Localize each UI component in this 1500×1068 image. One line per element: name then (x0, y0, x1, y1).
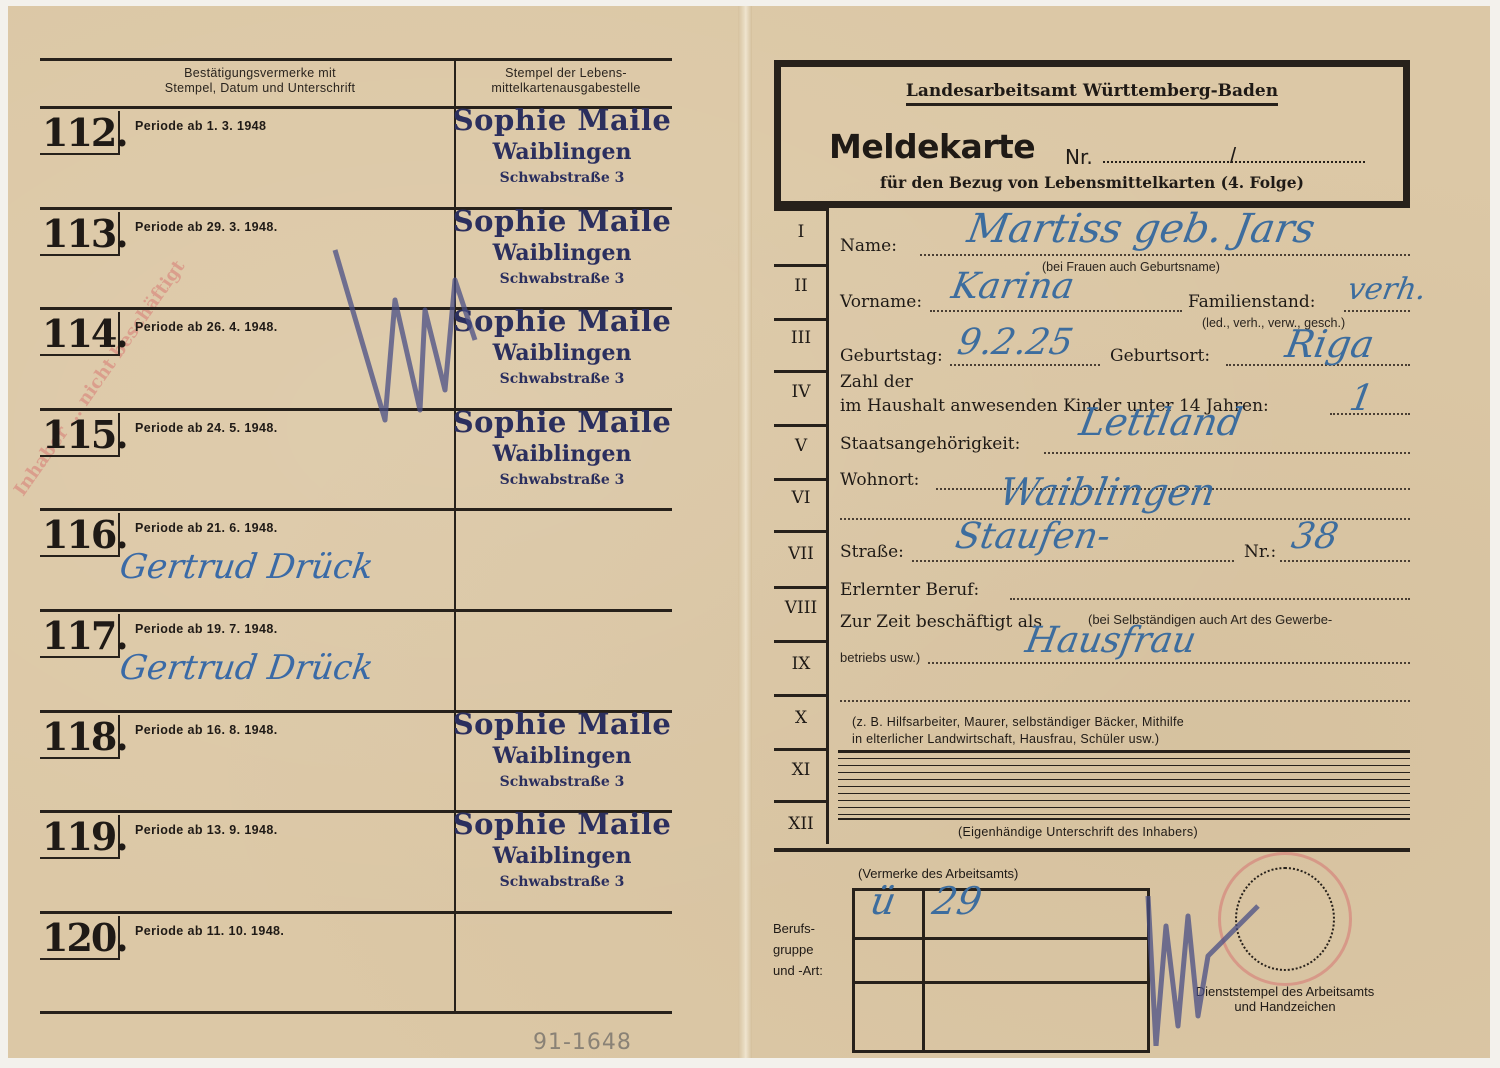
stamp-line-1: Sophie Maile (442, 707, 682, 741)
roman-rule (774, 264, 826, 267)
header-confirmation: Bestätigungsvermerke mit Stempel, Datum … (100, 66, 420, 96)
roman-rule (774, 370, 826, 373)
hausnummer-value: 38 (1288, 516, 1341, 557)
period-number: 114. (40, 312, 120, 356)
period-date: Periode ab 24. 5. 1948. (135, 421, 278, 435)
period-number: 117. (40, 614, 120, 658)
roman-rule (774, 800, 826, 803)
staat-value: Lettland (1076, 400, 1246, 444)
period-date: Periode ab 16. 8. 1948. (135, 723, 278, 737)
period-row: 118.Periode ab 16. 8. 1948.Sophie MaileW… (40, 713, 672, 811)
hausnummer-label: Nr.: (1244, 542, 1276, 562)
roman-rule (774, 694, 826, 697)
roman-rule (774, 478, 826, 481)
beschaeftigt-hint-2: betriebs usw.) (840, 650, 920, 665)
signature-line[interactable] (838, 779, 1410, 780)
office-section-rule (774, 848, 1410, 852)
roman-rule (774, 586, 826, 589)
roman-rule (774, 530, 826, 533)
signature-line[interactable] (838, 793, 1410, 794)
roman-rule (774, 208, 826, 211)
berufsgruppe-value-2: 29 (929, 879, 985, 923)
period-date: Periode ab 11. 10. 1948. (135, 924, 284, 938)
vorname-value: Karina (948, 266, 1077, 307)
roman-numeral: VII (774, 544, 828, 564)
roman-numeral: IX (774, 654, 828, 674)
geburtsort-value: Riga (1282, 322, 1378, 366)
geburtstag-label: Geburtstag: (840, 346, 943, 366)
signature-line[interactable] (838, 786, 1410, 787)
stamp-line-1: Sophie Maile (442, 103, 682, 137)
beschaeftigt-label: Zur Zeit beschäftigt als (840, 612, 1042, 632)
geburtsort-label: Geburtsort: (1110, 346, 1210, 366)
period-date: Periode ab 13. 9. 1948. (135, 823, 278, 837)
roman-rule (774, 640, 826, 643)
archive-number: 91-1648 (533, 1030, 632, 1055)
name-value: Martiss geb. Jars (964, 206, 1319, 252)
signature-line[interactable] (838, 772, 1410, 773)
title-box: Landesarbeitsamt Württemberg-Baden Melde… (774, 60, 1410, 208)
roman-numeral: I (774, 222, 828, 242)
period-date: Periode ab 29. 3. 1948. (135, 220, 278, 234)
period-number: 113. (40, 212, 120, 256)
authority-heading: Landesarbeitsamt Württemberg-Baden (781, 81, 1403, 101)
roman-rule (774, 424, 826, 427)
stamp-line-1: Sophie Maile (442, 204, 682, 238)
roman-numeral: XI (774, 760, 828, 780)
period-row: 120.Periode ab 11. 10. 1948. (40, 914, 672, 1012)
distribution-stamp: Sophie MaileWaiblingenSchwabstraße 3 (442, 807, 682, 893)
signature-line[interactable] (838, 800, 1410, 801)
nr-slash: / (1230, 143, 1236, 169)
grid-line (922, 891, 925, 1050)
signature-rule-bottom (838, 818, 1410, 820)
period-number: 116. (40, 513, 120, 557)
signature-line[interactable] (838, 765, 1410, 766)
period-date: Periode ab 1. 3. 1948 (135, 119, 266, 133)
kinder-label-1: Zahl der (840, 372, 913, 392)
berufsgruppe-label: Berufs- gruppe und -Art: (773, 918, 823, 981)
roman-numeral: IV (774, 382, 828, 402)
period-number: 119. (40, 815, 120, 859)
name-field[interactable] (920, 254, 1410, 256)
stamp-line-3: Schwabstraße 3 (442, 469, 682, 491)
stamp-line-3: Schwabstraße 3 (442, 167, 682, 189)
familienstand-label: Familienstand: (1188, 292, 1315, 312)
period-date: Periode ab 21. 6. 1948. (135, 521, 278, 535)
grid-line (855, 981, 1147, 984)
staat-field[interactable] (1044, 452, 1410, 454)
name-label: Name: (840, 236, 897, 256)
signature-line[interactable] (838, 814, 1410, 815)
strasse-field[interactable] (912, 560, 1234, 562)
distribution-stamp: Sophie MaileWaiblingenSchwabstraße 3 (442, 103, 682, 189)
occupation-examples: (z. B. Hilfsarbeiter, Maurer, selbständi… (852, 714, 1184, 748)
signature-line[interactable] (838, 807, 1410, 808)
roman-numeral: V (774, 436, 828, 456)
grid-line (855, 937, 1147, 940)
period-date: Periode ab 19. 7. 1948. (135, 622, 278, 636)
beschaeftigt-field[interactable] (928, 662, 1410, 664)
geburtstag-value: 9.2.25 (954, 322, 1076, 363)
bottom-rule (40, 1011, 672, 1014)
period-row: 116.Periode ab 21. 6. 1948.Gertrud Drück (40, 511, 672, 609)
distribution-stamp: Sophie MaileWaiblingenSchwabstraße 3 (442, 707, 682, 793)
card-subtitle: für den Bezug von Lebensmittelkarten (4.… (781, 173, 1403, 192)
familienstand-value: verh. (1345, 272, 1429, 307)
period-number: 112. (40, 111, 120, 155)
handwritten-signature: Gertrud Drück (117, 547, 376, 587)
signature-rule-top (838, 750, 1410, 753)
beschaeftigt-field-2[interactable] (840, 700, 1410, 702)
period-number: 115. (40, 413, 120, 457)
stamp-line-2: Waiblingen (442, 439, 682, 469)
stamp-line-3: Schwabstraße 3 (442, 771, 682, 793)
header-stamp: Stempel der Lebens- mittelkartenausgabes… (460, 66, 672, 96)
stamp-line-3: Schwabstraße 3 (442, 871, 682, 893)
period-number: 118. (40, 715, 120, 759)
stamp-line-2: Waiblingen (442, 741, 682, 771)
beruf-field[interactable] (1010, 598, 1410, 600)
roman-column-divider (826, 208, 829, 844)
vorname-field[interactable] (930, 310, 1182, 312)
handwritten-signature: Gertrud Drück (117, 648, 376, 688)
stamp-line-1: Sophie Maile (442, 807, 682, 841)
roman-numeral: VIII (774, 598, 828, 618)
roman-numeral: VI (774, 488, 828, 508)
strasse-value: Staufen- (952, 516, 1113, 557)
roman-rule (774, 318, 826, 321)
period-number: 120. (40, 916, 120, 960)
period-row: 112.Periode ab 1. 3. 1948Sophie MaileWai… (40, 109, 672, 207)
pencil-initials (325, 240, 485, 440)
familienstand-field[interactable] (1344, 310, 1410, 312)
strasse-label: Straße: (840, 542, 904, 562)
hausnummer-field[interactable] (1280, 560, 1410, 562)
signature-line[interactable] (838, 758, 1410, 759)
period-row: 117.Periode ab 19. 7. 1948.Gertrud Drück (40, 612, 672, 710)
stamp-line-2: Waiblingen (442, 137, 682, 167)
pencil-handzeichen (1138, 896, 1268, 1046)
geburtstag-field[interactable] (950, 364, 1100, 366)
roman-numeral: X (774, 708, 828, 728)
wohnort-value: Waiblingen (996, 470, 1219, 514)
beruf-label: Erlernter Beruf: (840, 580, 979, 600)
card-fold (738, 6, 752, 1058)
nr-label: Nr. (1065, 145, 1093, 169)
berufsgruppe-grid: ü 29 (852, 888, 1150, 1053)
staat-label: Staatsangehörigkeit: (840, 434, 1020, 454)
roman-numeral: III (774, 328, 828, 348)
roman-numeral: XII (774, 814, 828, 834)
period-date: Periode ab 26. 4. 1948. (135, 320, 278, 334)
top-rule (40, 58, 672, 61)
beschaeftigt-value: Hausfrau (1022, 620, 1199, 661)
vorname-label: Vorname: (840, 292, 922, 312)
roman-rule (774, 748, 826, 751)
stamp-line-2: Waiblingen (442, 841, 682, 871)
period-row: 119.Periode ab 13. 9. 1948.Sophie MaileW… (40, 813, 672, 911)
wohnort-label: Wohnort: (840, 470, 919, 490)
roman-numeral: II (774, 276, 828, 296)
card-title: Meldekarte (829, 127, 1035, 166)
signature-caption: (Eigenhändige Unterschrift des Inhabers) (958, 824, 1198, 841)
